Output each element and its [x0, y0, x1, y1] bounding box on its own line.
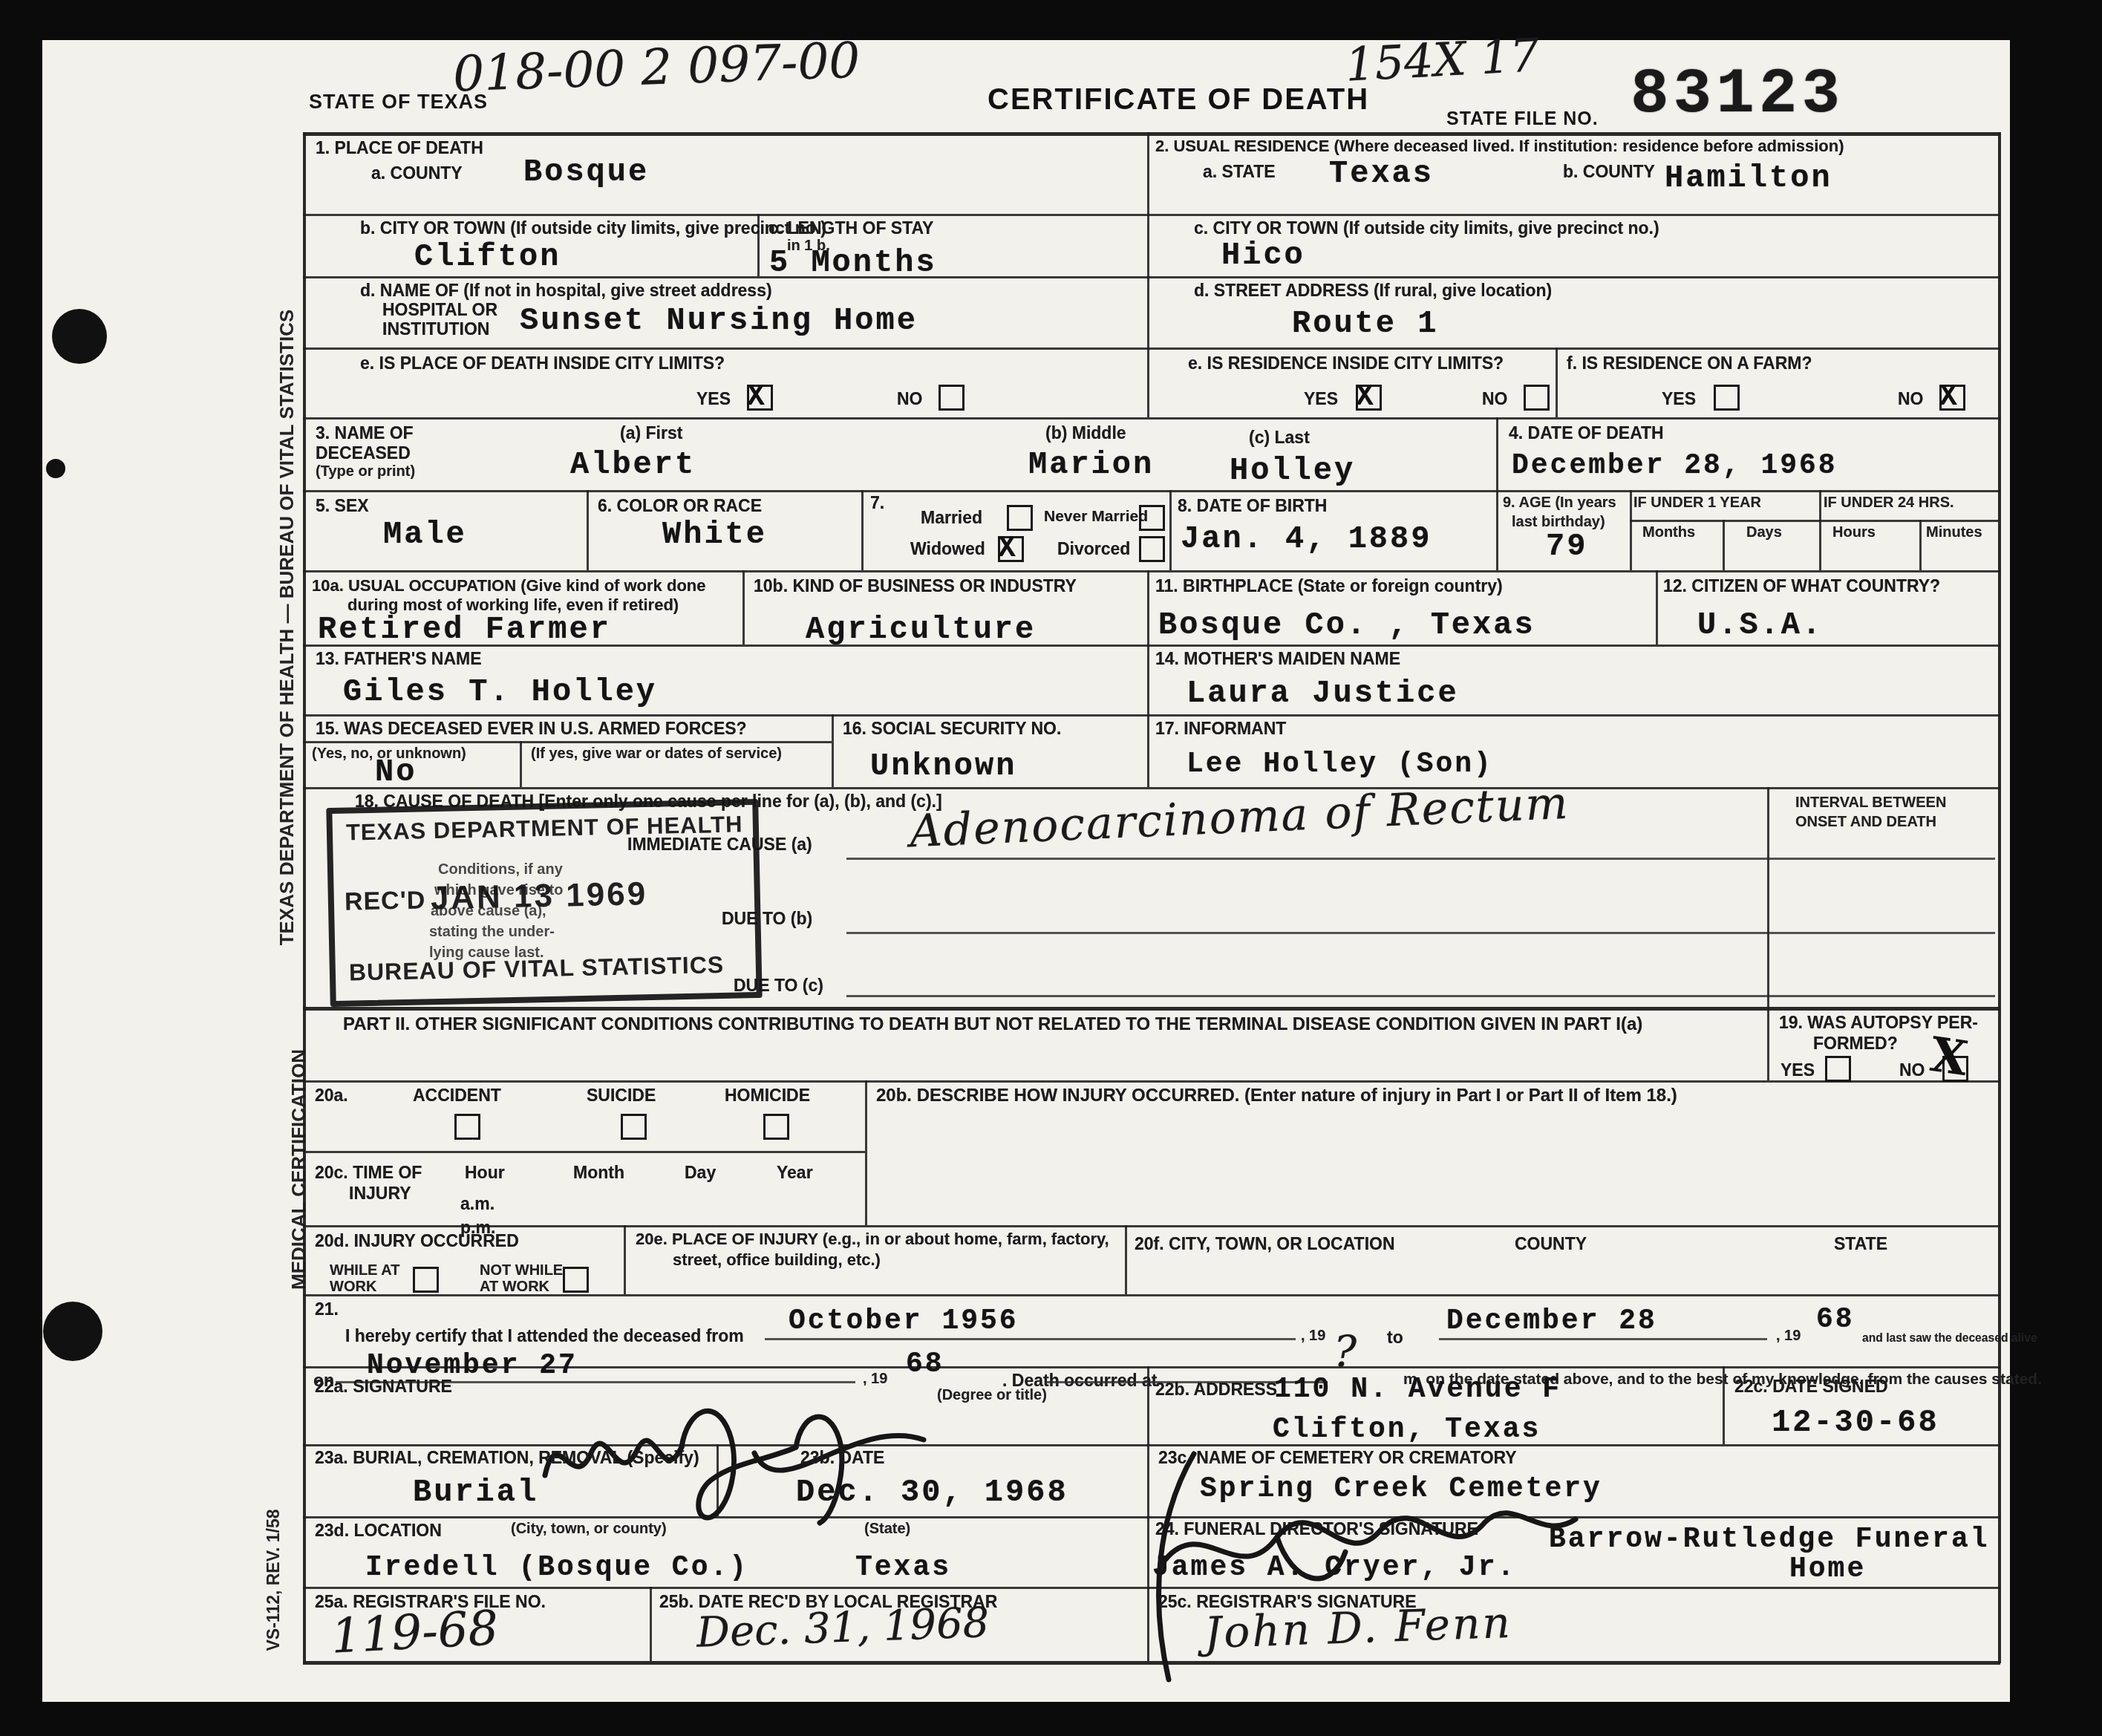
stamp-received-date: JAN 13 1969: [430, 875, 647, 917]
accident-checkbox: [454, 1114, 480, 1140]
ssn-label: 16. SOCIAL SECURITY NO.: [843, 719, 1061, 739]
residence-on-farm-yes-label: YES: [1662, 389, 1696, 409]
if-under-1-year-label: IF UNDER 1 YEAR: [1633, 495, 1761, 512]
county-of-death-value: Bosque: [523, 154, 649, 190]
middle-name-label: (b) Middle: [1045, 423, 1126, 443]
armed-forces-label: 15. WAS DECEASED EVER IN U.S. ARMED FORC…: [316, 719, 747, 739]
autopsy-yes-label: YES: [1781, 1060, 1815, 1080]
residence-county-value: Hamilton: [1665, 160, 1832, 196]
length-of-stay-label: c. LENGTH OF STAY: [768, 218, 933, 238]
burial-date-value: Dec. 30, 1968: [796, 1475, 1068, 1510]
day-label: Day: [685, 1163, 716, 1183]
name-of-deceased-label2: DECEASED: [316, 443, 411, 463]
burial-date-label: 23b. DATE: [800, 1448, 884, 1468]
name-of-deceased-label1: 3. NAME OF: [316, 423, 414, 443]
location-state-sublabel: (State): [864, 1521, 910, 1538]
residence-street-label: d. STREET ADDRESS (If rural, give locati…: [1194, 281, 1552, 301]
death-occurred-at-value: ?: [1334, 1326, 1357, 1377]
age-label1: 9. AGE (In years: [1503, 495, 1616, 512]
certify-line1: I hereby certify that I attended the dec…: [345, 1326, 744, 1346]
days-label: Days: [1746, 524, 1782, 541]
marital-status-label: 7.: [870, 493, 884, 513]
homicide-checkbox: [763, 1114, 789, 1140]
divorced-label: Divorced: [1057, 539, 1130, 559]
residence-inside-city-no-checkbox: [1524, 385, 1550, 411]
attended-to-year: 68: [1816, 1304, 1855, 1336]
x-mark: X: [998, 532, 1016, 566]
stamp-received-label: REC'D: [345, 886, 426, 916]
registrar-signature-value: John D. Fenn: [1204, 1597, 1513, 1658]
injury-20a-label: 20a.: [315, 1086, 348, 1106]
last-name-value: Holley: [1230, 453, 1355, 489]
citizen-value: U.S.A.: [1697, 607, 1823, 643]
residence-on-farm-no-checkbox: X: [1939, 385, 1965, 411]
stamp-line1: TEXAS DEPARTMENT OF HEALTH: [346, 811, 743, 846]
while-at-work-label2: WORK: [330, 1279, 376, 1296]
last-name-label: (c) Last: [1249, 428, 1310, 448]
length-of-stay-value: 5 Months: [769, 245, 937, 281]
not-while-at-work-checkbox: [563, 1267, 589, 1293]
autopsy-yes-checkbox: [1825, 1056, 1851, 1082]
certify-to-word: to: [1387, 1328, 1403, 1348]
residence-county-label: b. COUNTY: [1563, 162, 1655, 182]
residence-city-value: Hico: [1221, 238, 1305, 273]
residence-state-label: a. STATE: [1203, 162, 1276, 182]
residence-city-label: c. CITY OR TOWN (If outside city limits,…: [1194, 218, 1659, 238]
month-label: Month: [573, 1163, 624, 1183]
state-file-no-label: STATE FILE NO.: [1446, 108, 1599, 130]
married-label: Married: [921, 508, 982, 528]
widowed-label: Widowed: [910, 539, 985, 559]
not-while-at-work-label1: NOT WHILE: [480, 1262, 563, 1279]
location-city-value: Iredell (Bosque Co.): [365, 1552, 748, 1584]
date-of-death-label: 4. DATE OF DEATH: [1509, 423, 1664, 443]
residence-section-label: 2. USUAL RESIDENCE (Where deceased lived…: [1155, 137, 1844, 156]
certify-19b: , 19: [1776, 1328, 1801, 1345]
industry-label: 10b. KIND OF BUSINESS OR INDUSTRY: [754, 576, 1077, 596]
institution-value: Sunset Nursing Home: [520, 303, 918, 339]
scan-edge-left: [0, 0, 42, 1736]
date-of-death-value: December 28, 1968: [1512, 450, 1838, 482]
x-mark: X: [1356, 381, 1374, 414]
residence-inside-city-no-label: NO: [1482, 389, 1508, 409]
occupation-value: Retired Farmer: [318, 612, 611, 647]
injury-county-label: COUNTY: [1515, 1234, 1587, 1254]
mother-name-label: 14. MOTHER'S MAIDEN NAME: [1155, 649, 1400, 669]
father-name-label: 13. FATHER'S NAME: [316, 649, 482, 669]
race-value: White: [662, 517, 767, 552]
state-file-number: 83123: [1631, 58, 1844, 131]
sex-value: Male: [383, 517, 467, 552]
margin-department-text: TEXAS DEPARTMENT OF HEALTH — BUREAU OF V…: [275, 310, 298, 946]
death-inside-city-no-label: NO: [897, 389, 923, 409]
residence-on-farm-no-label: NO: [1898, 389, 1924, 409]
place-of-death-section-label: 1. PLACE OF DEATH: [316, 138, 483, 158]
injury-20e-label2: street, office building, etc.): [673, 1250, 881, 1270]
certificate-title: CERTIFICATE OF DEATH: [988, 83, 1369, 117]
burial-label: 23a. BURIAL, CREMATION, REMOVAL (Specify…: [315, 1448, 699, 1468]
first-name-label: (a) First: [620, 423, 682, 443]
injury-20c-label2: INJURY: [349, 1184, 411, 1204]
death-inside-city-no-checkbox: [939, 385, 964, 411]
ssn-value: Unknown: [870, 748, 1016, 784]
date-received-value: Dec. 31, 1968: [696, 1599, 990, 1657]
injury-state-label: STATE: [1834, 1234, 1887, 1254]
residence-state-value: Texas: [1329, 156, 1434, 192]
age-value: 79: [1546, 529, 1587, 564]
address-line2: Clifton, Texas: [1273, 1414, 1541, 1446]
informant-label: 17. INFORMANT: [1155, 719, 1286, 739]
location-state-value: Texas: [855, 1552, 951, 1584]
residence-street-value: Route 1: [1292, 306, 1438, 342]
birthplace-value: Bosque Co. , Texas: [1158, 607, 1535, 643]
margin-form-code-text: VS-112, REV. 1/58: [264, 1510, 284, 1651]
year-label: Year: [777, 1163, 813, 1183]
informant-value: Lee Holley (Son): [1187, 748, 1493, 780]
residence-inside-city-yes-label: YES: [1304, 389, 1338, 409]
date-of-birth-label: 8. DATE OF BIRTH: [1178, 496, 1327, 516]
middle-name-value: Marion: [1028, 447, 1154, 483]
injury-20e-label1: 20e. PLACE OF INJURY (e.g., in or about …: [636, 1230, 1109, 1249]
stamp-line3: BUREAU OF VITAL STATISTICS: [349, 951, 725, 987]
death-inside-city-limits-label: e. IS PLACE OF DEATH INSIDE CITY LIMITS?: [360, 353, 725, 373]
sex-label: 5. SEX: [316, 496, 369, 516]
industry-value: Agriculture: [806, 612, 1036, 647]
citizen-label: 12. CITIZEN OF WHAT COUNTRY?: [1663, 576, 1940, 596]
while-at-work-label1: WHILE AT: [330, 1262, 399, 1279]
interval-label2: ONSET AND DEATH: [1795, 814, 1936, 831]
certify-21-label: 21.: [315, 1299, 339, 1319]
date-of-birth-value: Jan. 4, 1889: [1181, 521, 1432, 557]
x-mark: X: [1939, 381, 1957, 414]
divorced-checkbox: [1139, 536, 1165, 562]
scan-edge-right: [2010, 0, 2102, 1736]
armed-forces-value: No: [375, 754, 417, 790]
homicide-label: HOMICIDE: [725, 1086, 810, 1106]
accident-label: ACCIDENT: [413, 1086, 501, 1106]
punch-hole: [52, 309, 107, 364]
certify-line1-end: and last saw the deceased alive: [1862, 1331, 2037, 1345]
degree-or-title-label: (Degree or title): [937, 1387, 1047, 1404]
institution-label2: HOSPITAL OR: [382, 300, 497, 320]
residence-inside-city-yes-checkbox: X: [1356, 385, 1382, 411]
location-23d-label: 23d. LOCATION: [315, 1521, 442, 1541]
father-name-value: Giles T. Holley: [343, 674, 657, 710]
not-while-at-work-label2: AT WORK: [480, 1279, 549, 1296]
county-of-death-label: a. COUNTY: [371, 163, 463, 183]
attended-to-value: December 28: [1446, 1305, 1657, 1337]
scanned-death-certificate: TEXAS DEPARTMENT OF HEALTH — BUREAU OF V…: [0, 0, 2102, 1736]
x-mark: X: [747, 381, 765, 414]
burial-value: Burial: [413, 1475, 538, 1510]
bureau-received-stamp: TEXAS DEPARTMENT OF HEALTH REC'D JAN 13 …: [326, 799, 762, 1007]
death-inside-city-yes-label: YES: [696, 389, 731, 409]
death-inside-city-yes-checkbox: X: [747, 385, 773, 411]
location-city-sublabel: (City, town, or county): [511, 1521, 667, 1538]
city-of-death-value: Clifton: [414, 239, 561, 275]
residence-inside-city-label: e. IS RESIDENCE INSIDE CITY LIMITS?: [1188, 353, 1504, 373]
injury-20f-label: 20f. CITY, TOWN, OR LOCATION: [1135, 1234, 1395, 1254]
injury-20b-label: 20b. DESCRIBE HOW INJURY OCCURRED. (Ente…: [876, 1086, 1677, 1106]
married-checkbox: [1007, 505, 1033, 531]
hours-label: Hours: [1832, 524, 1876, 541]
race-label: 6. COLOR OR RACE: [598, 496, 762, 516]
never-married-checkbox: [1139, 505, 1165, 531]
minutes-label: Minutes: [1926, 524, 1982, 541]
autopsy-no-handwritten-x: X: [1927, 1027, 1971, 1087]
mother-name-value: Laura Justice: [1187, 676, 1459, 711]
occupation-label1: 10a. USUAL OCCUPATION (Give kind of work…: [312, 576, 706, 595]
scan-edge-bottom: [0, 1702, 2102, 1736]
certify-19a: , 19: [1301, 1328, 1325, 1345]
interval-label1: INTERVAL BETWEEN: [1795, 794, 1946, 812]
attended-from-value: October 1956: [789, 1305, 1019, 1337]
margin-medical-certification-text: MEDICAL CERTIFICATION: [287, 1049, 310, 1290]
scan-edge-top: [0, 0, 2102, 40]
registrar-file-value: 119-68: [330, 1601, 500, 1665]
funeral-home-name-line1: Barrow-Rutledge Funeral: [1549, 1524, 1990, 1556]
while-at-work-checkbox: [413, 1267, 439, 1293]
institution-label: d. NAME OF (If not in hospital, give str…: [360, 281, 772, 301]
suicide-checkbox: [621, 1114, 647, 1140]
autopsy-no-label: NO: [1899, 1060, 1925, 1080]
months-label: Months: [1642, 524, 1695, 541]
address-22b-label: 22b. ADDRESS: [1155, 1380, 1277, 1400]
hour-label: Hour: [465, 1163, 505, 1183]
residence-on-farm-yes-checkbox: [1714, 385, 1740, 411]
injury-20c-label1: 20c. TIME OF: [315, 1163, 422, 1183]
ink-dot: [46, 459, 65, 478]
widowed-checkbox: X: [998, 536, 1024, 562]
handwritten-file-note: 154X 17: [1344, 27, 1541, 92]
never-married-label: Never Married: [1044, 508, 1148, 526]
am-label: a.m.: [460, 1194, 495, 1214]
part2-label: PART II. OTHER SIGNIFICANT CONDITIONS CO…: [343, 1014, 1642, 1035]
funeral-home-name-line2: Home: [1789, 1553, 1866, 1585]
address-line1: 110 N. Avenue F: [1274, 1374, 1561, 1406]
residence-on-farm-label: f. IS RESIDENCE ON A FARM?: [1567, 353, 1812, 373]
birthplace-label: 11. BIRTHPLACE (State or foreign country…: [1155, 576, 1503, 596]
date-signed-label: 22c. DATE SIGNED: [1734, 1377, 1888, 1397]
suicide-label: SUICIDE: [587, 1086, 656, 1106]
first-name-value: Albert: [570, 447, 696, 483]
city-of-death-label: b. CITY OR TOWN (If outside city limits,…: [360, 218, 826, 238]
injury-20d-label: 20d. INJURY OCCURRED: [315, 1231, 519, 1251]
signature-22a-label: 22a. SIGNATURE: [315, 1377, 452, 1397]
name-of-deceased-label3: (Type or print): [316, 463, 415, 480]
armed-forces-sub2: (If yes, give war or dates of service): [531, 745, 782, 763]
institution-label3: INSTITUTION: [382, 319, 489, 339]
if-under-24-hrs-label: IF UNDER 24 HRS.: [1824, 495, 1954, 512]
date-signed-value: 12-30-68: [1772, 1405, 1939, 1440]
autopsy-label2: FORMED?: [1813, 1034, 1898, 1054]
punch-hole: [43, 1302, 102, 1361]
